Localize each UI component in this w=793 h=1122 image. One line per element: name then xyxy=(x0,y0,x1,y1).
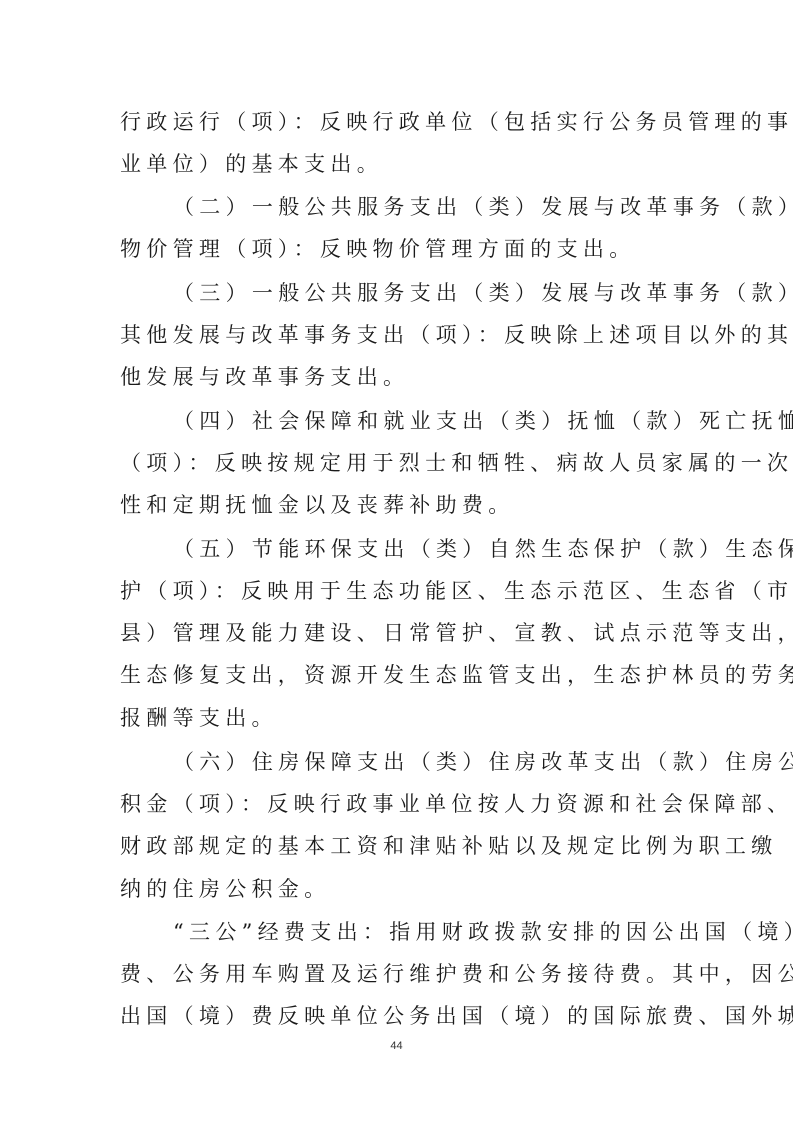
text-line: 业单位）的基本支出。 xyxy=(120,149,680,179)
paragraph-3-heading-line: （三）一般公共服务支出（类）发展与改革事务（款） xyxy=(173,278,680,308)
text-line: 报酬等支出。 xyxy=(120,703,680,733)
text-line: 生态修复支出，资源开发生态监管支出，生态护林员的劳务 xyxy=(120,660,680,690)
document-page: 行政运行（项）：反映行政单位（包括实行公务员管理的事 业单位）的基本支出。 （二… xyxy=(0,0,793,1122)
text-line: 纳的住房公积金。 xyxy=(120,874,680,904)
text-line: （项）：反映按规定用于烈士和牺牲、病故人员家属的一次 xyxy=(120,448,680,478)
text-line: 其他发展与改革事务支出（项）：反映除上述项目以外的其 xyxy=(120,320,680,350)
page-number: 44 xyxy=(0,1040,793,1052)
text-line: 财政部规定的基本工资和津贴补贴以及规定比例为职工缴 xyxy=(120,831,680,861)
text-line: 护（项）：反映用于生态功能区、生态示范区、生态省（市、 xyxy=(120,576,680,606)
sangong-paragraph-first-line: “三公”经费支出：指用财政拨款安排的因公出国（境） xyxy=(173,917,680,947)
text-line: 出国（境）费反映单位公务出国（境）的国际旅费、国外城 xyxy=(120,1001,680,1031)
text-line: 性和定期抚恤金以及丧葬补助费。 xyxy=(120,490,680,520)
text-line: 他发展与改革事务支出。 xyxy=(120,362,680,392)
paragraph-4-heading-line: （四）社会保障和就业支出（类）抚恤（款）死亡抚恤 xyxy=(173,406,680,436)
paragraph-5-heading-line: （五）节能环保支出（类）自然生态保护（款）生态保 xyxy=(173,534,680,564)
text-line: 行政运行（项）：反映行政单位（包括实行公务员管理的事 xyxy=(120,107,680,137)
text-line: 费、公务用车购置及运行维护费和公务接待费。其中，因公 xyxy=(120,959,680,989)
paragraph-2-heading-line: （二）一般公共服务支出（类）发展与改革事务（款） xyxy=(173,192,680,222)
text-line: 物价管理（项）：反映物价管理方面的支出。 xyxy=(120,234,680,264)
text-line: 积金（项）：反映行政事业单位按人力资源和社会保障部、 xyxy=(120,789,680,819)
text-line: 县）管理及能力建设、日常管护、宣教、试点示范等支出， xyxy=(120,618,680,648)
paragraph-6-heading-line: （六）住房保障支出（类）住房改革支出（款）住房公 xyxy=(173,747,680,777)
